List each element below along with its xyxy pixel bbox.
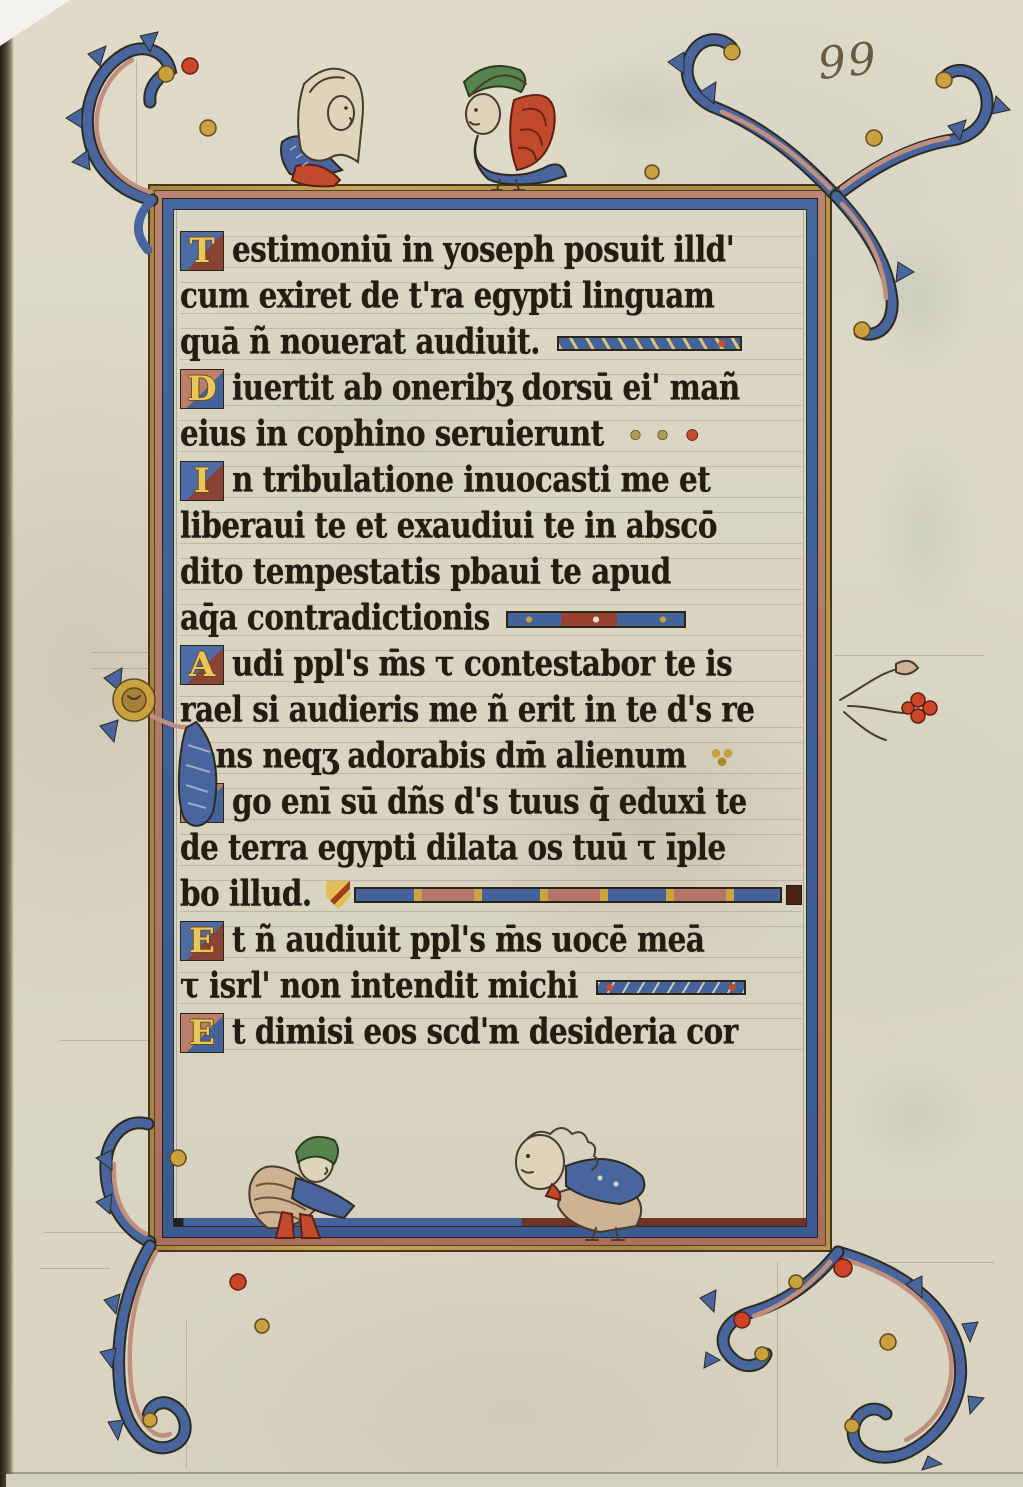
- versal-initial: E: [180, 783, 224, 823]
- text-line: dito tempestatis pbaui te apud: [180, 550, 802, 596]
- text-line: bo illud.: [180, 872, 802, 918]
- frame-blue-band: Testimoniū in yoseph posuit illd' cum ex…: [162, 198, 818, 1238]
- line-text: τ isrl' non intendit michi: [180, 969, 578, 1004]
- inner-ground-bar: [174, 1218, 806, 1226]
- justification-line: [803, 210, 804, 1226]
- line-filler-bar-end: [786, 885, 802, 905]
- frame-rose-band: Testimoniū in yoseph posuit illd' cum ex…: [154, 190, 826, 1246]
- line-text: n tribulatione inuocasti me et: [232, 463, 710, 498]
- page-edge-strip: [6, 1474, 1023, 1487]
- text-line: Audi ppl's m̄s τ contestabor te is: [180, 642, 802, 688]
- text-line: In tribulatione inuocasti me et: [180, 458, 802, 504]
- line-filler-shield: [326, 881, 350, 910]
- versal-initial: E: [180, 1013, 224, 1053]
- line-text: bo illud.: [180, 877, 312, 912]
- versal-initial: A: [180, 645, 224, 685]
- line-filler-rosette: [622, 427, 712, 443]
- line-text: t dimisi eos scd'm desideria cor: [232, 1015, 738, 1050]
- manuscript-page: 99 Testimoniū in yoseph posuit illd' cum…: [0, 0, 1023, 1487]
- line-text: dito tempestatis pbaui te apud: [180, 555, 671, 590]
- text-line: de terra egypti dilata os tuū τ īple: [180, 826, 802, 872]
- decorated-border-frame: Testimoniū in yoseph posuit illd' cum ex…: [148, 184, 832, 1252]
- text-line: τ isrl' non intendit michi: [180, 964, 802, 1010]
- line-filler-long-bar: [354, 887, 782, 903]
- text-line: liberaui te et exaudiui te in abscō: [180, 504, 802, 550]
- binding-edge: [0, 0, 14, 1487]
- line-text: de terra egypti dilata os tuū τ īple: [180, 831, 726, 866]
- versal-initial: E: [180, 921, 224, 961]
- line-text: aq̄a contradictionis: [180, 601, 490, 636]
- ruling-line: [40, 1268, 110, 1269]
- versal-initial: D: [180, 369, 224, 409]
- ruling-line: [92, 652, 150, 653]
- line-text: cum exiret de t'ra egypti linguam: [180, 279, 714, 314]
- line-text: iuertit ab oneribʒ dorsū ei' mañ: [232, 371, 740, 406]
- ruling-line: [186, 1320, 187, 1468]
- text-line: cum exiret de t'ra egypti linguam: [180, 274, 802, 320]
- show-through-smudge: [560, 60, 720, 150]
- ruling-line: [92, 668, 150, 669]
- versal-initial: T: [180, 231, 224, 271]
- text-line: cens neqʒ adorabis dm̄ alienum: [180, 734, 802, 780]
- line-text: liberaui te et exaudiui te in abscō: [180, 509, 717, 544]
- line-filler-knot-bar: [557, 336, 742, 351]
- text-line: aq̄a contradictionis: [180, 596, 802, 642]
- line-filler-gold-sprig: [707, 745, 737, 769]
- text-line: Et ñ audiuit ppl's m̄s uocē meā: [180, 918, 802, 964]
- ruling-line: [777, 1262, 778, 1467]
- line-text: go enī sū dñs d's tuus q̄ eduxi te: [232, 785, 747, 820]
- side-ornament-right-flower: [840, 661, 937, 740]
- line-filler-knot-bar-short: [596, 980, 746, 995]
- show-through-smudge: [870, 430, 980, 630]
- show-through-smudge: [850, 1060, 980, 1170]
- hooded-woman-grotesque: [281, 69, 363, 187]
- text-line: Ego enī sū dñs d's tuus q̄ eduxi te: [180, 780, 802, 826]
- text-line: Diuertit ab oneribʒ dorsū ei' mañ: [180, 366, 802, 412]
- line-text: udi ppl's m̄s τ contestabor te is: [232, 647, 732, 682]
- corner-flourish-bottom-right: [700, 1252, 984, 1470]
- line-text: quā ñ nouerat audiuit.: [180, 325, 540, 360]
- text-line: Et dimisi eos scd'm desideria cor: [180, 1010, 802, 1056]
- ruling-line: [834, 655, 984, 656]
- text-line: Testimoniū in yoseph posuit illd': [180, 228, 802, 274]
- show-through-smudge: [860, 220, 980, 380]
- ruling-line: [136, 60, 137, 184]
- line-text: eius in cophino seruierunt: [180, 417, 604, 452]
- ruling-line: [44, 1232, 150, 1233]
- text-line: eius in cophino seruierunt: [180, 412, 802, 458]
- photo-background-corner: [0, 0, 70, 46]
- text-line: rael si audieris me ñ erit in te d's re: [180, 688, 802, 734]
- line-filler-panel-bar: [506, 611, 686, 628]
- page-edge-line: [10, 1472, 1023, 1474]
- justification-line: [176, 210, 177, 1226]
- ruling-line: [60, 1040, 150, 1041]
- text-lines: Testimoniū in yoseph posuit illd' cum ex…: [180, 228, 802, 1056]
- text-line: quā ñ nouerat audiuit.: [180, 320, 802, 366]
- winged-hybrid-grotesque: [464, 66, 566, 190]
- text-block: Testimoniū in yoseph posuit illd' cum ex…: [173, 209, 807, 1227]
- ruling-line: [834, 1262, 994, 1263]
- line-text: cens neqʒ adorabis dm̄ alienum: [180, 739, 686, 774]
- line-text: rael si audieris me ñ erit in te d's re: [180, 693, 754, 728]
- folio-number: 99: [815, 33, 880, 90]
- versal-initial: I: [180, 461, 224, 501]
- line-text: t ñ audiuit ppl's m̄s uocē meā: [232, 923, 704, 958]
- line-text: estimoniū in yoseph posuit illd': [232, 233, 734, 268]
